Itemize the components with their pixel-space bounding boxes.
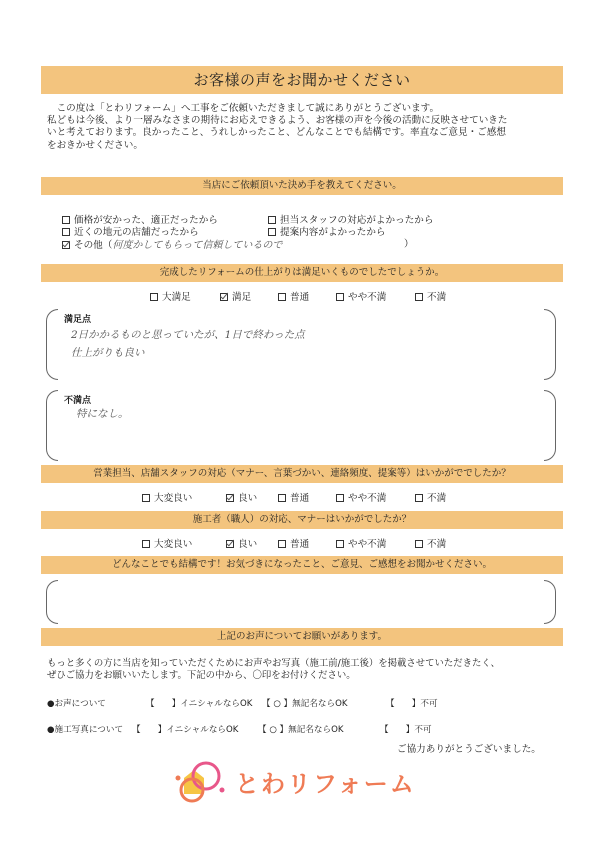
section-heading-request: 上記のお声についてお願いがあります。	[41, 628, 563, 646]
rating-very-good[interactable]: 大変良い	[142, 490, 192, 504]
checkbox-checked[interactable]	[226, 494, 234, 502]
rating-good[interactable]: 良い	[226, 490, 257, 504]
satisfied-line: 2日かかるものと思っていたが、1日で終わった点	[71, 327, 305, 342]
bracket-right	[544, 390, 556, 461]
checkbox[interactable]	[278, 293, 286, 301]
satisfied-line: 仕上がりも良い	[71, 345, 145, 360]
voice-no-option[interactable]: 【 】不可	[386, 697, 438, 709]
option-other[interactable]: その他（何度かしてもらって信頼しているので	[62, 236, 282, 251]
rating-very-good[interactable]: 大変良い	[142, 536, 192, 550]
checkbox[interactable]	[62, 216, 70, 224]
intro-line: 私どもは今後、より一層みなさまの期待にお応えできるよう、お客様の声を今後の活動に…	[47, 115, 562, 127]
dissatisfied-line: 特になし。	[76, 406, 129, 421]
intro-line: この度は「とわリフォーム」へ工事をご依頼いただきまして誠にありがとうございます。	[47, 103, 562, 115]
rating-somewhat-dissatisfied[interactable]: やや不満	[336, 490, 386, 504]
checkbox[interactable]	[278, 540, 286, 548]
intro-text: この度は「とわリフォーム」へ工事をご依頼いただきまして誠にありがとうございます。…	[47, 103, 562, 152]
rating-very-satisfied[interactable]: 大満足	[150, 289, 191, 303]
rating-good[interactable]: 良い	[226, 536, 257, 550]
rating-dissatisfied[interactable]: 不満	[415, 289, 446, 303]
satisfied-label: 満足点	[64, 312, 91, 325]
photo-no-option[interactable]: 【 】不可	[380, 723, 432, 735]
bracket-left	[46, 580, 58, 624]
checkbox[interactable]	[142, 494, 150, 502]
voice-consent-row: ●お声について	[47, 697, 106, 709]
logo-mark-icon	[170, 758, 232, 806]
section-heading-craftsman: 施工者（職人）の対応、マナーはいかがでしたか？	[41, 511, 563, 529]
checkbox[interactable]	[336, 494, 344, 502]
checkbox[interactable]	[142, 540, 150, 548]
intro-line: をおきかせください。	[47, 140, 562, 152]
thanks-text: ご協力ありがとうございました。	[397, 741, 541, 755]
checkbox[interactable]	[62, 228, 70, 236]
checkbox[interactable]	[415, 540, 423, 548]
section-heading-reason: 当店にご依頼頂いた決め手を教えてください。	[41, 177, 563, 195]
checkbox-checked[interactable]	[226, 540, 234, 548]
other-reason-text[interactable]: 何度かしてもらって信頼しているので	[112, 240, 282, 251]
bracket-left	[46, 390, 58, 461]
rating-dissatisfied[interactable]: 不満	[415, 536, 446, 550]
rating-satisfied[interactable]: 満足	[220, 289, 251, 303]
checkbox[interactable]	[415, 494, 423, 502]
section-heading-staff: 営業担当、店舗スタッフの対応（マナー、言葉づかい、連絡頻度、提案等）はいかがでで…	[41, 465, 563, 483]
rating-somewhat-dissatisfied[interactable]: やや不満	[336, 536, 386, 550]
voice-initial-option[interactable]: 【 】イニシャルならOK	[146, 697, 252, 709]
checkbox[interactable]	[268, 216, 276, 224]
option-proposal[interactable]: 提案内容がよかったから	[268, 224, 386, 238]
rating-somewhat-dissatisfied[interactable]: やや不満	[336, 289, 386, 303]
dissatisfied-label: 不満点	[64, 393, 91, 406]
intro-line: いと考えております。良かったこと、うれしかったこと、どんなことでも結構です。率直…	[47, 127, 562, 139]
section-heading-comments: どんなことでも結構です！お気づきになったこと、ご意見、ご感想をお聞かせください。	[41, 556, 563, 574]
photo-anonymous-option[interactable]: 【 ○ 】無記名ならOK	[258, 723, 344, 735]
checkbox-checked[interactable]	[220, 293, 228, 301]
checkbox[interactable]	[336, 293, 344, 301]
publication-request-text: もっと多くの方に当店を知っていただくためにお声やお写真（施工前/施工後）を掲載さ…	[47, 658, 500, 683]
photo-consent-row: ●施工写真について	[47, 723, 123, 735]
checkbox[interactable]	[336, 540, 344, 548]
voice-anonymous-option[interactable]: 【 ○ 】無記名ならOK	[262, 697, 348, 709]
photo-initial-option[interactable]: 【 】イニシャルならOK	[132, 723, 238, 735]
rating-normal[interactable]: 普通	[278, 289, 309, 303]
logo-text: とわリフォーム	[235, 764, 416, 799]
bracket-left	[46, 309, 58, 380]
photo-label: ●施工写真について	[47, 725, 123, 735]
page-title: お客様の声をお聞かせください	[41, 66, 563, 94]
checkbox[interactable]	[278, 494, 286, 502]
dissatisfied-points-box[interactable]: 不満点 特になし。	[46, 390, 556, 461]
checkbox-checked[interactable]	[62, 241, 70, 249]
bracket-right	[544, 580, 556, 624]
checkbox[interactable]	[268, 228, 276, 236]
checkbox[interactable]	[150, 293, 158, 301]
bracket-right	[544, 309, 556, 380]
rating-normal[interactable]: 普通	[278, 490, 309, 504]
satisfied-points-box[interactable]: 満足点 2日かかるものと思っていたが、1日で終わった点 仕上がりも良い	[46, 309, 556, 380]
comments-box[interactable]	[46, 580, 556, 624]
checkbox[interactable]	[415, 293, 423, 301]
rating-normal[interactable]: 普通	[278, 536, 309, 550]
company-logo: とわリフォーム	[170, 758, 410, 806]
section-heading-satisfaction: 完成したリフォームの仕上がりは満足いくものでしたでしょうか。	[41, 264, 563, 282]
other-close-paren: ）	[404, 236, 414, 250]
voice-label: ●お声について	[47, 699, 106, 709]
rating-dissatisfied[interactable]: 不満	[415, 490, 446, 504]
